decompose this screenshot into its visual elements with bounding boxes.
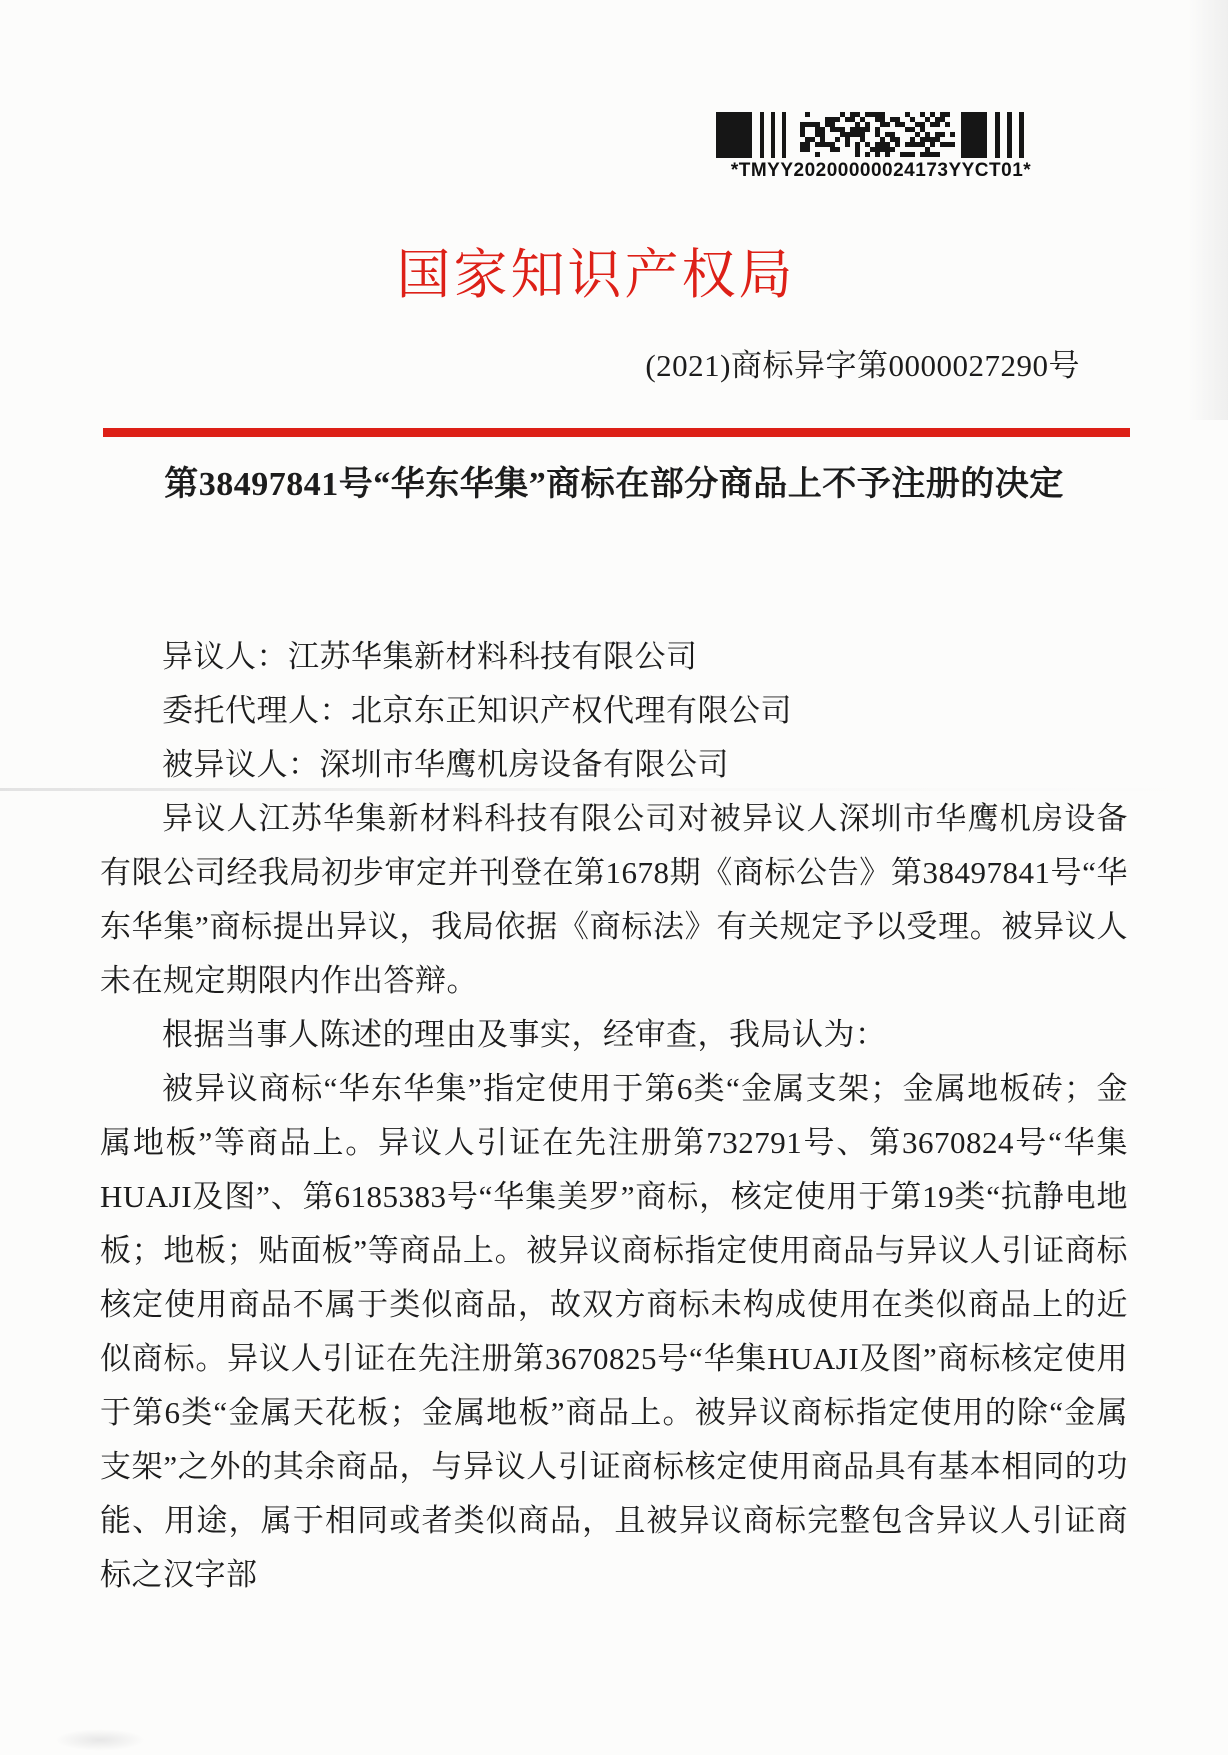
letterhead-divider-rule — [103, 428, 1130, 437]
barcode: *TMYY20200000024173YYCT01* — [716, 112, 1046, 182]
barcode-graphic — [716, 112, 1046, 158]
document-number: (2021)商标异字第0000027290号 — [645, 340, 1080, 385]
document-body: 异议人：江苏华集新材料科技有限公司 委托代理人：北京东正知识产权代理有限公司 被… — [100, 630, 1128, 1602]
scanned-document-page: *TMYY20200000024173YYCT01* 国家知识产权局 (2021… — [0, 0, 1228, 1755]
barcode-bars-right — [995, 112, 1029, 158]
decision-title: 第38497841号“华东华集”商标在部分商品上不予注册的决定 — [100, 456, 1128, 505]
paragraph-agent: 委托代理人：北京东正知识产权代理有限公司 — [100, 684, 1128, 738]
paragraph-findings: 被异议商标“华东华集”指定使用于第6类“金属支架；金属地板砖；金属地板”等商品上… — [100, 1062, 1128, 1602]
scan-shade — [1188, 0, 1228, 420]
paragraph-case-intro: 异议人江苏华集新材料科技有限公司对被异议人深圳市华鹰机房设备有限公司经我局初步审… — [100, 792, 1128, 1008]
scan-smudge — [55, 1729, 145, 1751]
barcode-block-left — [716, 112, 752, 158]
agency-title: 国家知识产权局 — [0, 232, 1192, 309]
barcode-bars-left — [760, 112, 790, 158]
paragraph-opposed-party: 被异议人：深圳市华鹰机房设备有限公司 — [100, 738, 1128, 792]
barcode-text: *TMYY20200000024173YYCT01* — [709, 160, 1053, 182]
paragraph-opponent: 异议人：江苏华集新材料科技有限公司 — [100, 630, 1128, 684]
paragraph-review-statement: 根据当事人陈述的理由及事实，经审查，我局认为： — [100, 1008, 1128, 1062]
barcode-block-right — [961, 112, 987, 158]
barcode-matrix — [800, 112, 955, 158]
